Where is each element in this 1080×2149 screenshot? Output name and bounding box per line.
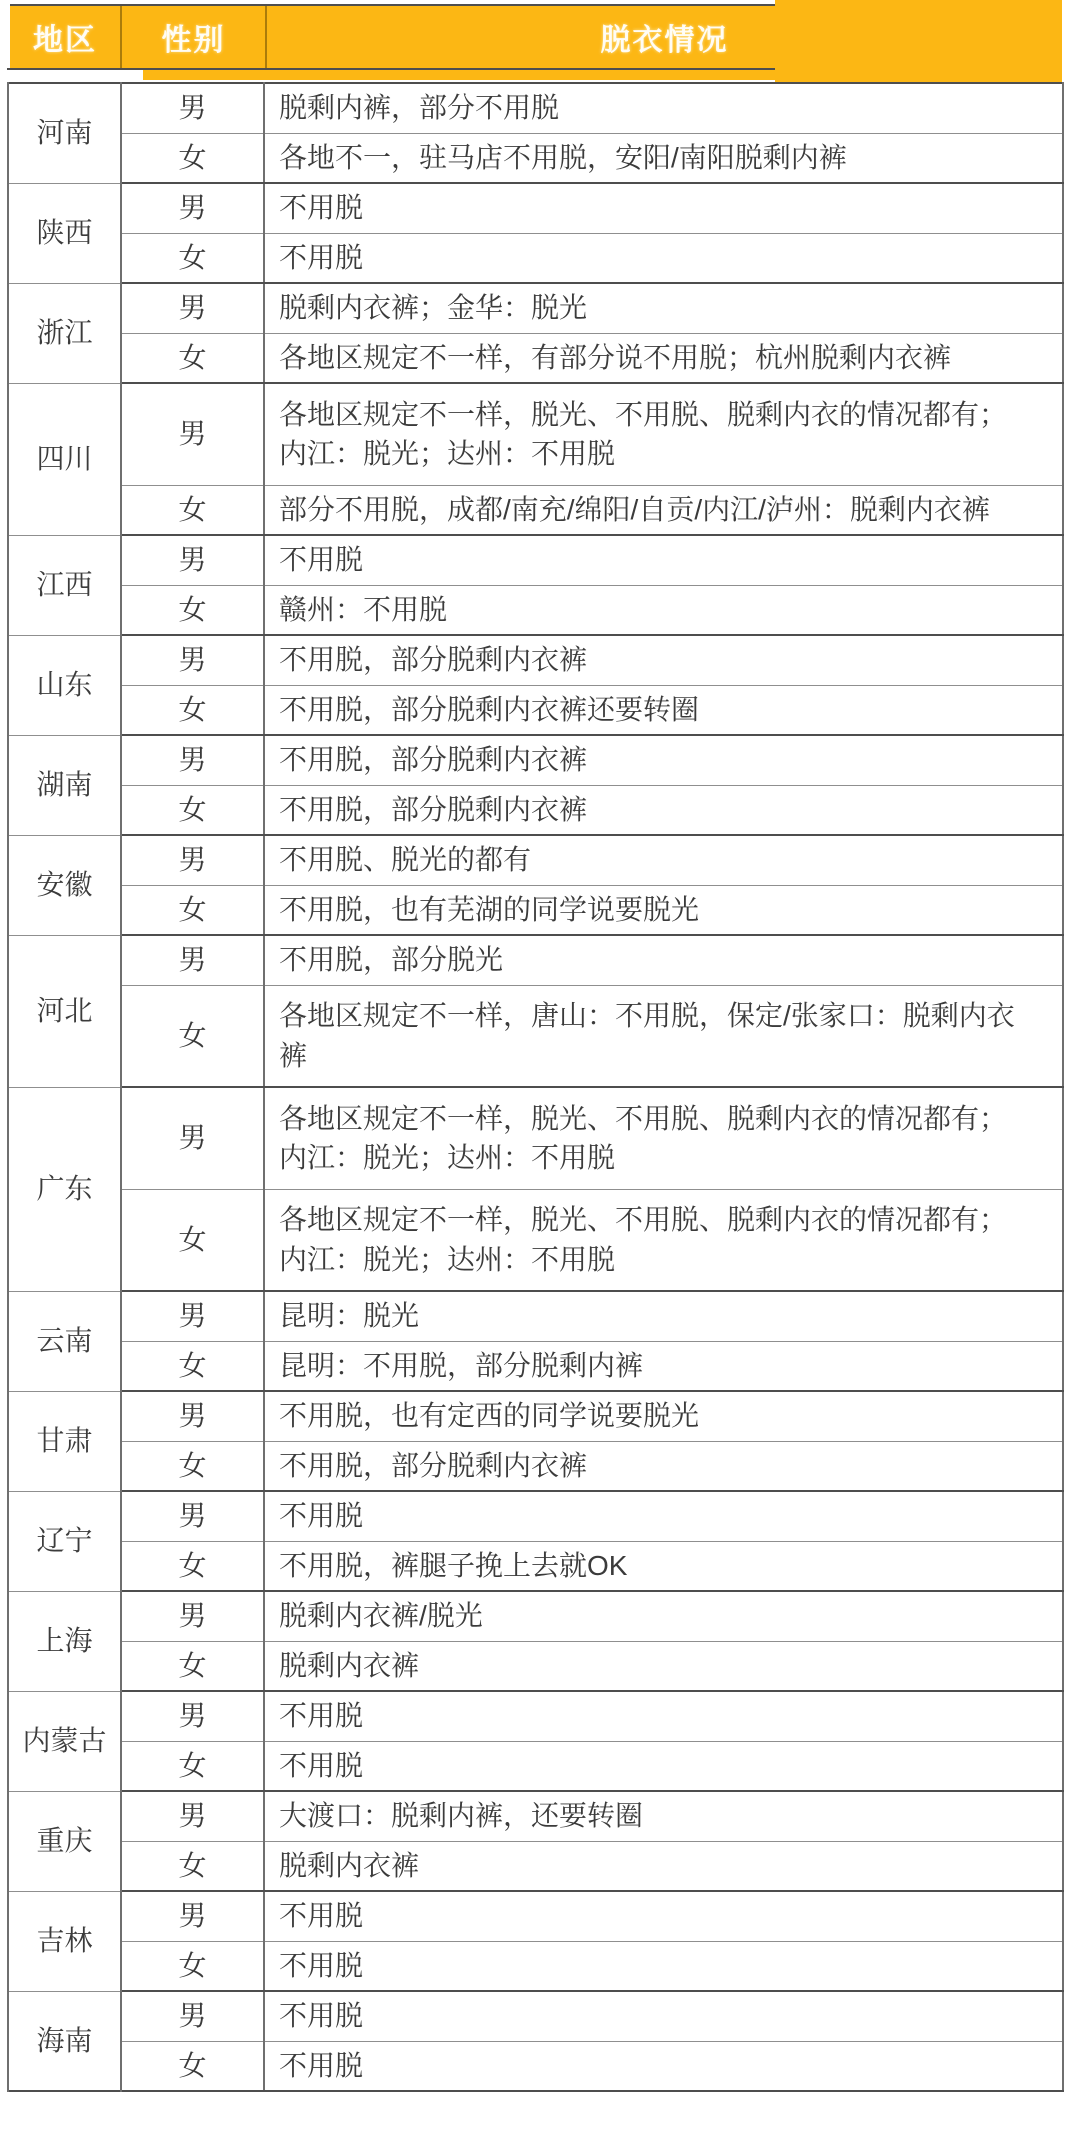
- gender-cell-male: 男: [121, 1991, 264, 2041]
- gender-cell-male: 男: [121, 1087, 264, 1189]
- table-row: 安徽男不用脱、脱光的都有: [8, 835, 1063, 885]
- region-cell: 广东: [8, 1087, 121, 1291]
- table-row: 内蒙古男不用脱: [8, 1691, 1063, 1741]
- table-row: 山东男不用脱，部分脱剩内衣裤: [8, 635, 1063, 685]
- gender-cell-male: 男: [121, 283, 264, 333]
- undressing-situation-table: 河南男脱剩内裤，部分不用脱女各地不一，驻马店不用脱，安阳/南阳脱剩内裤陕西男不用…: [7, 82, 1064, 2092]
- gender-cell-female: 女: [121, 333, 264, 383]
- situation-cell-female: 不用脱，也有芜湖的同学说要脱光: [264, 885, 1063, 935]
- situation-cell-female: 不用脱: [264, 233, 1063, 283]
- situation-cell-female: 不用脱: [264, 2041, 1063, 2091]
- gender-cell-female: 女: [121, 1741, 264, 1791]
- gender-cell-male: 男: [121, 1591, 264, 1641]
- situation-cell-female: 不用脱: [264, 1741, 1063, 1791]
- table-row: 浙江男脱剩内衣裤；金华：脱光: [8, 283, 1063, 333]
- header-banner-strip: [143, 70, 1062, 80]
- table-row: 女脱剩内衣裤: [8, 1841, 1063, 1891]
- table-row: 陕西男不用脱: [8, 183, 1063, 233]
- gender-cell-female: 女: [121, 1189, 264, 1291]
- gender-cell-female: 女: [121, 1641, 264, 1691]
- situation-cell-male: 不用脱: [264, 535, 1063, 585]
- table-row: 重庆男大渡口：脱剩内裤，还要转圈: [8, 1791, 1063, 1841]
- gender-cell-male: 男: [121, 835, 264, 885]
- header-row: 地区 性别 脱衣情况: [10, 6, 1062, 68]
- situation-cell-male: 不用脱，部分脱剩内衣裤: [264, 635, 1063, 685]
- situation-cell-male: 不用脱: [264, 1991, 1063, 2041]
- situation-cell-male: 不用脱，部分脱光: [264, 935, 1063, 985]
- situation-cell-female: 不用脱，部分脱剩内衣裤还要转圈: [264, 685, 1063, 735]
- gender-cell-female: 女: [121, 1441, 264, 1491]
- situation-cell-female: 各地不一，驻马店不用脱，安阳/南阳脱剩内裤: [264, 133, 1063, 183]
- gender-cell-male: 男: [121, 83, 264, 133]
- situation-cell-male: 不用脱: [264, 1691, 1063, 1741]
- region-cell: 重庆: [8, 1791, 121, 1891]
- situation-cell-male: 脱剩内衣裤/脱光: [264, 1591, 1063, 1641]
- gender-cell-female: 女: [121, 885, 264, 935]
- gender-cell-female: 女: [121, 985, 264, 1087]
- table-row: 江西男不用脱: [8, 535, 1063, 585]
- gender-cell-male: 男: [121, 1891, 264, 1941]
- situation-cell-female: 各地区规定不一样，脱光、不用脱、脱剩内衣的情况都有； 内江：脱光；达州：不用脱: [264, 1189, 1063, 1291]
- region-cell: 辽宁: [8, 1491, 121, 1591]
- table-row: 吉林男不用脱: [8, 1891, 1063, 1941]
- table-row: 女赣州：不用脱: [8, 585, 1063, 635]
- situation-cell-female: 脱剩内衣裤: [264, 1641, 1063, 1691]
- gender-cell-female: 女: [121, 1541, 264, 1591]
- situation-cell-male: 不用脱: [264, 1891, 1063, 1941]
- table-row: 广东男各地区规定不一样，脱光、不用脱、脱剩内衣的情况都有； 内江：脱光；达州：不…: [8, 1087, 1063, 1189]
- page: 地区 性别 脱衣情况 河南男脱剩内裤，部分不用脱女各地不一，驻马店不用脱，安阳/…: [0, 0, 1080, 2149]
- situation-cell-female: 昆明：不用脱，部分脱剩内裤: [264, 1341, 1063, 1391]
- gender-cell-female: 女: [121, 785, 264, 835]
- region-cell: 内蒙古: [8, 1691, 121, 1791]
- region-column-header: 地区: [10, 6, 122, 68]
- gender-cell-male: 男: [121, 1291, 264, 1341]
- gender-cell-male: 男: [121, 735, 264, 785]
- table-row: 女不用脱，裤腿子挽上去就OK: [8, 1541, 1063, 1591]
- table-row: 女脱剩内衣裤: [8, 1641, 1063, 1691]
- table-row: 女不用脱，也有芜湖的同学说要脱光: [8, 885, 1063, 935]
- table-row: 云南男昆明：脱光: [8, 1291, 1063, 1341]
- situation-cell-female: 各地区规定不一样，唐山：不用脱，保定/张家口：脱剩内衣 裤: [264, 985, 1063, 1087]
- gender-cell-female: 女: [121, 133, 264, 183]
- region-cell: 浙江: [8, 283, 121, 383]
- gender-cell-male: 男: [121, 1391, 264, 1441]
- situation-cell-female: 赣州：不用脱: [264, 585, 1063, 635]
- gender-cell-female: 女: [121, 1841, 264, 1891]
- region-cell: 江西: [8, 535, 121, 635]
- situation-cell-male: 不用脱: [264, 1491, 1063, 1541]
- situation-cell-male: 不用脱，也有定西的同学说要脱光: [264, 1391, 1063, 1441]
- table-row: 女不用脱: [8, 233, 1063, 283]
- region-cell: 河北: [8, 935, 121, 1087]
- gender-cell-male: 男: [121, 635, 264, 685]
- situation-cell-male: 脱剩内裤，部分不用脱: [264, 83, 1063, 133]
- situation-cell-male: 不用脱、脱光的都有: [264, 835, 1063, 885]
- table-row: 辽宁男不用脱: [8, 1491, 1063, 1541]
- situation-cell-female: 不用脱，部分脱剩内衣裤: [264, 785, 1063, 835]
- table-row: 女各地区规定不一样，脱光、不用脱、脱剩内衣的情况都有； 内江：脱光；达州：不用脱: [8, 1189, 1063, 1291]
- table-row: 女昆明：不用脱，部分脱剩内裤: [8, 1341, 1063, 1391]
- region-cell: 四川: [8, 383, 121, 535]
- region-cell: 陕西: [8, 183, 121, 283]
- situation-cell-female: 不用脱，裤腿子挽上去就OK: [264, 1541, 1063, 1591]
- table-row: 女各地区规定不一样，有部分说不用脱；杭州脱剩内衣裤: [8, 333, 1063, 383]
- situation-cell-male: 昆明：脱光: [264, 1291, 1063, 1341]
- gender-cell-male: 男: [121, 1691, 264, 1741]
- region-cell: 吉林: [8, 1891, 121, 1991]
- region-cell: 甘肃: [8, 1391, 121, 1491]
- situation-cell-female: 不用脱: [264, 1941, 1063, 1991]
- situation-cell-female: 各地区规定不一样，有部分说不用脱；杭州脱剩内衣裤: [264, 333, 1063, 383]
- table-row: 湖南男不用脱，部分脱剩内衣裤: [8, 735, 1063, 785]
- table-row: 甘肃男不用脱，也有定西的同学说要脱光: [8, 1391, 1063, 1441]
- region-cell: 河南: [8, 83, 121, 183]
- gender-cell-male: 男: [121, 183, 264, 233]
- table-row: 上海男脱剩内衣裤/脱光: [8, 1591, 1063, 1641]
- region-cell: 安徽: [8, 835, 121, 935]
- table-row: 女不用脱，部分脱剩内衣裤: [8, 785, 1063, 835]
- situation-cell-female: 不用脱，部分脱剩内衣裤: [264, 1441, 1063, 1491]
- table-row: 女不用脱: [8, 2041, 1063, 2091]
- gender-cell-male: 男: [121, 383, 264, 485]
- table-body: 河南男脱剩内裤，部分不用脱女各地不一，驻马店不用脱，安阳/南阳脱剩内裤陕西男不用…: [8, 83, 1063, 2091]
- situation-cell-female: 部分不用脱，成都/南充/绵阳/自贡/内江/泸州：脱剩内衣裤: [264, 485, 1063, 535]
- region-cell: 山东: [8, 635, 121, 735]
- gender-cell-female: 女: [121, 2041, 264, 2091]
- table-row: 海南男不用脱: [8, 1991, 1063, 2041]
- table-row: 女不用脱，部分脱剩内衣裤还要转圈: [8, 685, 1063, 735]
- table-row: 河南男脱剩内裤，部分不用脱: [8, 83, 1063, 133]
- gender-cell-female: 女: [121, 1941, 264, 1991]
- situation-cell-male: 不用脱: [264, 183, 1063, 233]
- region-cell: 海南: [8, 1991, 121, 2091]
- gender-cell-female: 女: [121, 485, 264, 535]
- situation-cell-male: 脱剩内衣裤；金华：脱光: [264, 283, 1063, 333]
- table-row: 四川男各地区规定不一样，脱光、不用脱、脱剩内衣的情况都有； 内江：脱光；达州：不…: [8, 383, 1063, 485]
- gender-cell-male: 男: [121, 935, 264, 985]
- gender-cell-female: 女: [121, 233, 264, 283]
- table-row: 女各地区规定不一样，唐山：不用脱，保定/张家口：脱剩内衣 裤: [8, 985, 1063, 1087]
- region-cell: 上海: [8, 1591, 121, 1691]
- region-cell: 湖南: [8, 735, 121, 835]
- table-row: 女不用脱，部分脱剩内衣裤: [8, 1441, 1063, 1491]
- table-row: 女不用脱: [8, 1741, 1063, 1791]
- situation-column-header: 脱衣情况: [267, 6, 1062, 68]
- gender-column-header: 性别: [122, 6, 267, 68]
- gender-cell-male: 男: [121, 1491, 264, 1541]
- table-row: 河北男不用脱，部分脱光: [8, 935, 1063, 985]
- situation-cell-female: 脱剩内衣裤: [264, 1841, 1063, 1891]
- table-row: 女部分不用脱，成都/南充/绵阳/自贡/内江/泸州：脱剩内衣裤: [8, 485, 1063, 535]
- gender-cell-male: 男: [121, 1791, 264, 1841]
- table-row: 女不用脱: [8, 1941, 1063, 1991]
- gender-cell-female: 女: [121, 1341, 264, 1391]
- situation-cell-male: 不用脱，部分脱剩内衣裤: [264, 735, 1063, 785]
- situation-cell-male: 各地区规定不一样，脱光、不用脱、脱剩内衣的情况都有； 内江：脱光；达州：不用脱: [264, 1087, 1063, 1189]
- gender-cell-female: 女: [121, 585, 264, 635]
- situation-cell-male: 各地区规定不一样，脱光、不用脱、脱剩内衣的情况都有； 内江：脱光；达州：不用脱: [264, 383, 1063, 485]
- region-cell: 云南: [8, 1291, 121, 1391]
- gender-cell-male: 男: [121, 535, 264, 585]
- table-row: 女各地不一，驻马店不用脱，安阳/南阳脱剩内裤: [8, 133, 1063, 183]
- gender-cell-female: 女: [121, 685, 264, 735]
- situation-cell-male: 大渡口：脱剩内裤，还要转圈: [264, 1791, 1063, 1841]
